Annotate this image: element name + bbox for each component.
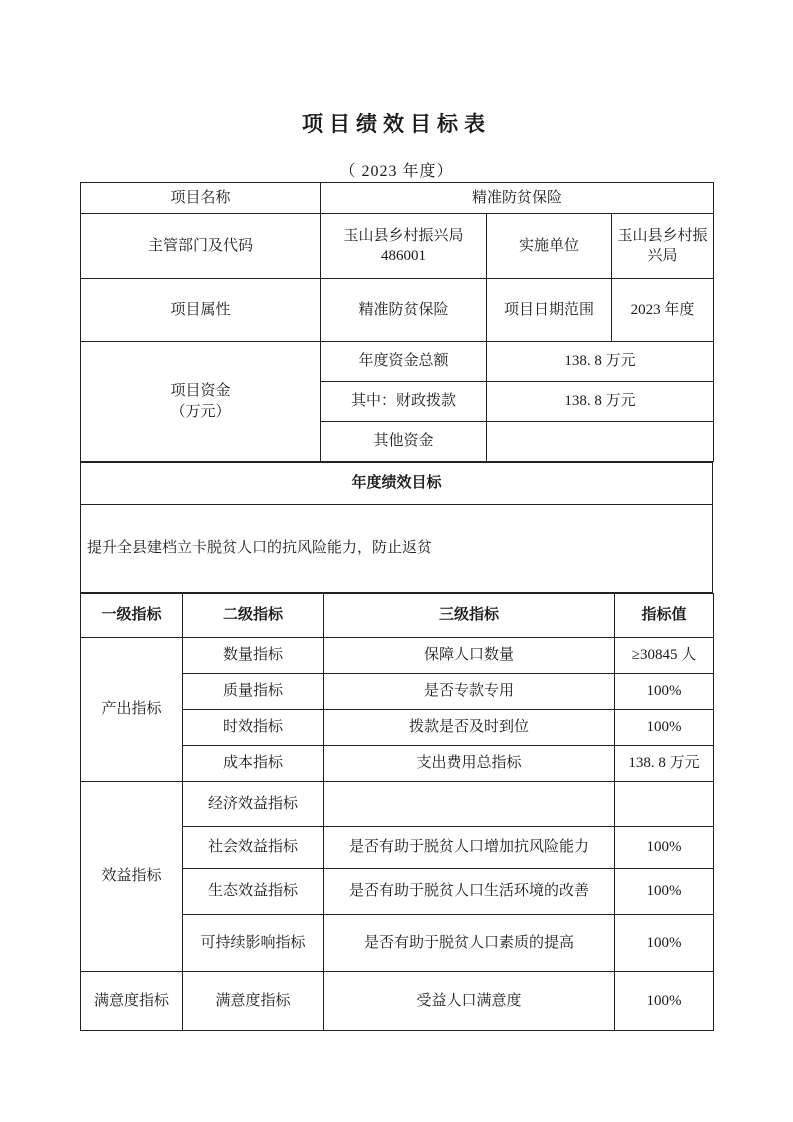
document-subtitle: （ 2023 年度） bbox=[0, 158, 793, 181]
indicator-l3: 是否专款专用 bbox=[324, 674, 615, 710]
performance-target-table: 项目名称 精准防贫保险 主管部门及代码 玉山县乡村振兴局 486001 实施单位… bbox=[80, 182, 713, 1031]
indicator-value: 100% bbox=[615, 915, 714, 972]
indicator-value: 100% bbox=[615, 827, 714, 869]
indicator-l3: 是否有助于脱贫人口生活环境的改善 bbox=[324, 869, 615, 915]
indicator-l3: 保障人口数量 bbox=[324, 638, 615, 674]
row-department: 主管部门及代码 玉山县乡村振兴局 486001 实施单位 玉山县乡村振兴局 bbox=[81, 214, 714, 279]
fund-row-value bbox=[487, 422, 714, 462]
indicator-l3 bbox=[324, 782, 615, 827]
indicator-row: 效益指标 经济效益指标 bbox=[81, 782, 714, 827]
department-label: 主管部门及代码 bbox=[81, 214, 321, 279]
fund-row-value: 138. 8 万元 bbox=[487, 342, 714, 382]
funds-label: 项目资金 （万元） bbox=[81, 342, 321, 462]
group-output-label: 产出指标 bbox=[81, 638, 183, 782]
annual-goal-content: 提升全县建档立卡脱贫人口的抗风险能力，防止返贫 bbox=[81, 505, 713, 593]
attribute-value: 精准防贫保险 bbox=[321, 279, 487, 342]
indicator-l2: 数量指标 bbox=[183, 638, 324, 674]
indicator-l2: 生态效益指标 bbox=[183, 869, 324, 915]
indicator-row: 产出指标 数量指标 保障人口数量 ≥30845 人 bbox=[81, 638, 714, 674]
header-level2: 二级指标 bbox=[183, 594, 324, 638]
indicator-l2: 经济效益指标 bbox=[183, 782, 324, 827]
indicator-l3: 是否有助于脱贫人口增加抗风险能力 bbox=[324, 827, 615, 869]
date-range-label: 项目日期范围 bbox=[487, 279, 612, 342]
indicator-l3: 受益人口满意度 bbox=[324, 972, 615, 1031]
indicator-l3: 拨款是否及时到位 bbox=[324, 710, 615, 746]
indicator-value: 100% bbox=[615, 710, 714, 746]
row-indicator-headers: 一级指标 二级指标 三级指标 指标值 bbox=[81, 594, 714, 638]
basic-info-table: 项目名称 精准防贫保险 主管部门及代码 玉山县乡村振兴局 486001 实施单位… bbox=[80, 182, 714, 462]
annual-goal-header: 年度绩效目标 bbox=[81, 463, 713, 505]
indicator-l2: 成本指标 bbox=[183, 746, 324, 782]
fund-row-label: 其中：财政拨款 bbox=[321, 382, 487, 422]
fund-row-value: 138. 8 万元 bbox=[487, 382, 714, 422]
indicator-l2: 可持续影响指标 bbox=[183, 915, 324, 972]
date-range-value: 2023 年度 bbox=[612, 279, 714, 342]
fund-row-label: 其他资金 bbox=[321, 422, 487, 462]
indicator-value: 100% bbox=[615, 674, 714, 710]
department-code: 486001 bbox=[325, 246, 482, 266]
indicator-l2: 满意度指标 bbox=[183, 972, 324, 1031]
group-benefit-label: 效益指标 bbox=[81, 782, 183, 972]
annual-goal-section: 年度绩效目标 提升全县建档立卡脱贫人口的抗风险能力，防止返贫 bbox=[80, 462, 713, 593]
department-name: 玉山县乡村振兴局 bbox=[325, 226, 482, 246]
row-project-name: 项目名称 精准防贫保险 bbox=[81, 183, 714, 214]
indicator-l3: 支出费用总指标 bbox=[324, 746, 615, 782]
attribute-label: 项目属性 bbox=[81, 279, 321, 342]
fund-row-label: 年度资金总额 bbox=[321, 342, 487, 382]
group-satisfaction-label: 满意度指标 bbox=[81, 972, 183, 1031]
row-fund-total: 项目资金 （万元） 年度资金总额 138. 8 万元 bbox=[81, 342, 714, 382]
indicator-row: 满意度指标 满意度指标 受益人口满意度 100% bbox=[81, 972, 714, 1031]
indicator-l3: 是否有助于脱贫人口素质的提高 bbox=[324, 915, 615, 972]
indicator-value: 100% bbox=[615, 972, 714, 1031]
funds-label-line1: 项目资金 bbox=[85, 381, 316, 401]
document-title: 项目绩效目标表 bbox=[0, 0, 793, 138]
funds-label-line2: （万元） bbox=[85, 402, 316, 422]
header-value: 指标值 bbox=[615, 594, 714, 638]
project-name-value: 精准防贫保险 bbox=[321, 183, 714, 214]
indicator-value bbox=[615, 782, 714, 827]
indicator-l2: 社会效益指标 bbox=[183, 827, 324, 869]
indicator-l2: 质量指标 bbox=[183, 674, 324, 710]
indicators-table: 一级指标 二级指标 三级指标 指标值 产出指标 数量指标 保障人口数量 ≥308… bbox=[80, 593, 714, 1031]
implement-unit-label: 实施单位 bbox=[487, 214, 612, 279]
indicator-value: 138. 8 万元 bbox=[615, 746, 714, 782]
project-name-label: 项目名称 bbox=[81, 183, 321, 214]
department-value: 玉山县乡村振兴局 486001 bbox=[321, 214, 487, 279]
row-goal-content: 提升全县建档立卡脱贫人口的抗风险能力，防止返贫 bbox=[81, 505, 713, 593]
indicator-value: ≥30845 人 bbox=[615, 638, 714, 674]
indicator-l2: 时效指标 bbox=[183, 710, 324, 746]
row-attribute: 项目属性 精准防贫保险 项目日期范围 2023 年度 bbox=[81, 279, 714, 342]
implement-unit-value: 玉山县乡村振兴局 bbox=[612, 214, 714, 279]
row-goal-header: 年度绩效目标 bbox=[81, 463, 713, 505]
indicator-value: 100% bbox=[615, 869, 714, 915]
header-level1: 一级指标 bbox=[81, 594, 183, 638]
document-page: 项目绩效目标表 （ 2023 年度） 项目名称 精准防贫保险 主管部门及代码 玉… bbox=[0, 0, 793, 1122]
header-level3: 三级指标 bbox=[324, 594, 615, 638]
